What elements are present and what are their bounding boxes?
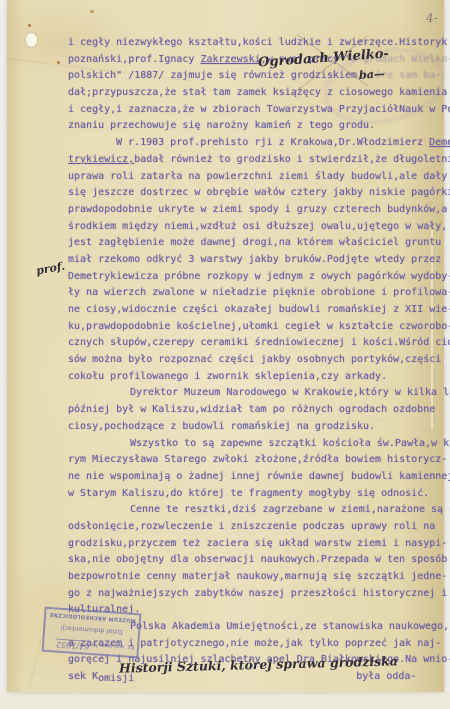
margin-note-prof: prof. — [35, 260, 66, 278]
typed-line: grodzisku,przyczem też zaciera się układ… — [68, 536, 448, 553]
typed-text-segment: uprawa roli zatarła na powierzchni ziemi… — [68, 171, 447, 182]
typed-text-segment: Polska Akademia Umiejętności,ze stanowis… — [130, 621, 449, 632]
typed-text-segment: badał również to grodzisko i stwierdził,… — [134, 154, 450, 165]
typed-line: go z najważniejszych zabytków naszej prz… — [68, 586, 448, 603]
archive-stamp: Ks. wpł./poz. Nr 64/1052 Dział dokumenta… — [42, 607, 142, 659]
typed-text-segment: się jeszcze dostrzec w obrębie wałów czt… — [68, 187, 450, 198]
typed-text-segment: ły na wierzch zwalone w nieładzie piękni… — [68, 287, 450, 298]
typed-line: Cenne te resztki,dziś zagrzebane w ziemi… — [68, 502, 448, 519]
typed-line: znaniu przechowuje się narożny kamień z … — [68, 118, 448, 135]
typed-text-segment: W r.1903 prof.prehisto rji z Krakowa,Dr.… — [116, 137, 429, 148]
typed-line: się jeszcze dostrzec w obrębie wałów czt… — [68, 185, 448, 202]
typed-text-segment: ciosy,pochodzące z budowli romańskiej na… — [68, 421, 375, 432]
typed-line: jest zagłębienie może dawnej drogi,na kt… — [68, 235, 448, 252]
typed-text-segment: sek K — [68, 671, 98, 682]
typed-text-segment: i cegły,i zaznacza,że w zbiorach Towarzy… — [68, 104, 450, 115]
stamp-number-label: Ks. wpł./poz. Nr — [91, 641, 134, 650]
stamp-department-line: Dział dokumentacji — [48, 623, 135, 637]
typed-line: rym Mieczysława Starego zwłoki złożone,ź… — [68, 452, 448, 469]
typed-text-segment: Dyrektor Muzeum Narodowego w Krakowie,kt… — [130, 387, 450, 398]
typed-text-segment: Wszystko to są zapewne szczątki kościoła… — [130, 438, 450, 449]
typed-text-segment: dał;przypuszcza,że stał tam zamek książę… — [68, 87, 447, 98]
typed-line: i cegły niezwykłego kształtu,kości ludzk… — [68, 35, 448, 52]
typed-line: Wszystko to są zapewne szczątki kościoła… — [68, 436, 448, 453]
typed-line: cokołu profilowanego i zwornik sklepieni… — [68, 369, 448, 386]
stamp-institution-line: MUZEUM ARCHEOLOGICZNE — [49, 611, 136, 623]
typed-text-segment: jest zagłębienie może dawnej drogi,na kt… — [68, 237, 441, 248]
typed-text-segment: cznych słupów,czerepy ceramiki średniowi… — [68, 337, 450, 348]
paper-hole — [26, 33, 37, 47]
typed-text-segment: poznański,prof.Ignacy — [68, 54, 200, 65]
typed-line: trykiewicz,badał również to grodzisko i … — [68, 152, 448, 169]
typed-text-segment: później był w Kaliszu,widział tam po róż… — [68, 404, 435, 415]
typed-line: odsłonięcie,rozwleczenie i zniszczenie p… — [68, 519, 448, 536]
typed-line: później był w Kaliszu,widział tam po róż… — [68, 402, 448, 419]
typed-text-segment: ne nie wspominają o żadnej innej równie … — [68, 471, 450, 482]
typed-line: W r.1903 prof.prehisto rji z Krakowa,Dr.… — [68, 135, 448, 152]
typed-text-segment: prawdopodobnie ukryte w ziemi spody i gr… — [68, 204, 447, 215]
typed-line: w Starym Kaliszu,do której te fragmenty … — [68, 486, 448, 503]
typed-text-segment: Demetrykiewicza próbne rozkopy w jednym … — [68, 271, 450, 282]
typed-line: uprawa roli zatarła na powierzchni ziemi… — [68, 169, 448, 186]
typed-text-segment: trykiewicz, — [68, 154, 134, 165]
typed-text-segment: cokołu profilowanego i zwornik sklepieni… — [68, 371, 387, 382]
typed-line: dał;przypuszcza,że stał tam zamek książę… — [68, 85, 448, 102]
handwritten-correction: ba— — [359, 67, 386, 82]
typed-text-segment: odsłonięcie,rozwleczenie i zniszczenie p… — [68, 521, 435, 532]
page-number: 4- — [425, 11, 438, 26]
typed-line: ciosy,pochodzące z budowli romańskiej na… — [68, 419, 448, 436]
typed-text-segment: ne ciosy,widocznie części okazałej budow… — [68, 304, 450, 315]
scanner-background — [0, 691, 450, 709]
typed-line: Dyrektor Muzeum Narodowego w Krakowie,kt… — [68, 385, 448, 402]
typed-text-segment: rym Mieczysława Starego zwłoki złożone,ź… — [68, 454, 447, 465]
typed-line: i cegły,i zaznacza,że w zbiorach Towarzy… — [68, 102, 448, 119]
typed-text-segment: Zakrzewski — [200, 54, 260, 65]
typed-line: ska,nie obojętny dla obserwacji naukowyc… — [68, 552, 448, 569]
typed-line: Demetrykiewicza próbne rozkopy w jednym … — [68, 269, 448, 286]
typed-line: sów można było rozpoznać części jakby os… — [68, 352, 448, 369]
typed-line: ku,prawdopodobnie kościelnej,ułomki cegi… — [68, 319, 448, 336]
typed-text-segment: sów można było rozpoznać części jakby os… — [68, 354, 441, 365]
typed-text-segment: Cenne te resztki,dziś zagrzebane w ziemi… — [130, 504, 450, 515]
stamp-number: 64/1052 — [56, 639, 90, 651]
typed-line: cznych słupów,czerepy ceramiki średniowi… — [68, 335, 448, 352]
typed-line: bezpowrotnie cenny materjał naukowy,marn… — [68, 569, 448, 586]
typed-line: prawdopodobnie ukryte w ziemi spody i gr… — [68, 202, 448, 219]
typed-text-segment: w Starym Kaliszu,do której te fragmenty … — [68, 488, 429, 499]
typed-lines: i cegły niezwykłego kształtu,kości ludzk… — [68, 35, 448, 686]
typed-line: ne ciosy,widocznie części okazałej budow… — [68, 302, 448, 319]
typed-line: środkiem między niemi,wzdłuż osi dłuższe… — [68, 219, 448, 236]
typed-text-segment: Deme- — [429, 137, 450, 148]
typed-text-segment: i cegły niezwykłego kształtu,kości ludzk… — [68, 37, 447, 48]
typed-text-segment: była odda- — [356, 671, 416, 682]
typed-line: ne nie wspominają o żadnej innej równie … — [68, 469, 448, 486]
typed-line: polskich" /1887/ zajmuje się również gro… — [68, 68, 448, 85]
typed-text-segment: bezpowrotnie cenny materjał naukowy,marn… — [68, 571, 447, 582]
typed-text-segment: miał rzekomo odkryć 3 warstwy jakby bruk… — [68, 254, 441, 265]
typed-text-segment: środkiem między niemi,wzdłuż osi dłuższe… — [68, 221, 447, 232]
typed-text-segment: polskich" /1887/ zajmuje się również gro… — [68, 70, 363, 81]
typed-text-segment: ska,nie obojętny dla obserwacji naukowyc… — [68, 554, 447, 565]
stamp-number-line: Ks. wpł./poz. Nr 64/1052 — [47, 638, 134, 654]
document-paper: 4- i cegły niezwykłego kształtu,kości lu… — [7, 0, 444, 692]
ink-speck — [90, 10, 94, 13]
ink-speck — [28, 24, 31, 27]
typed-text-segment: ku,prawdopodobnie kościelnej,ułomki cegi… — [68, 321, 450, 332]
typed-text-segment: go z najważniejszych zabytków naszej prz… — [68, 588, 447, 599]
typed-text-segment: znaniu przechowuje się narożny kamień z … — [68, 120, 375, 131]
typed-line: miał rzekomo odkryć 3 warstwy jakby bruk… — [68, 252, 448, 269]
ink-speck — [57, 61, 60, 64]
typed-text-segment: grodzisku,przyczem też zaciera się układ… — [68, 538, 447, 549]
typed-line: ły na wierzch zwalone w nieładzie piękni… — [68, 285, 448, 302]
